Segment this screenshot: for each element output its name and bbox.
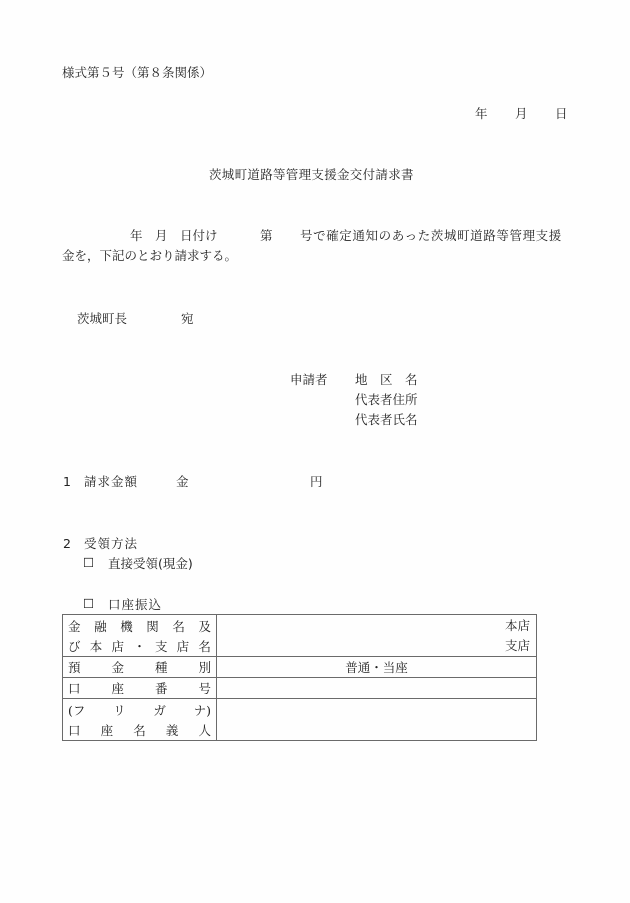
label-char: 及	[198, 617, 211, 635]
label-char: 口	[68, 721, 81, 739]
applicant-label: 申請者	[290, 374, 328, 387]
label-account-holder: (フ リ ガ ナ) 口 座 名 義 人	[63, 699, 217, 741]
label-bank-name: 金 融 機 関 名 及 び 本 店 ・ 支 店 名	[63, 615, 217, 657]
label-char: 別	[198, 658, 211, 676]
label-char: 種	[155, 658, 168, 676]
label-char: ・	[133, 637, 146, 655]
label-char: 人	[198, 721, 211, 739]
label-account-number: 口 座 番 号	[63, 678, 217, 699]
label-char: 支	[155, 637, 168, 655]
account-number-field[interactable]	[217, 678, 537, 699]
checkbox-cash[interactable]: ☐	[83, 557, 94, 570]
checkbox-transfer[interactable]: ☐	[83, 598, 94, 611]
head-office-label: 本店	[217, 616, 536, 636]
date-day: 日	[555, 108, 568, 121]
applicant-district: 地 区 名	[355, 374, 418, 387]
label-char: 口	[68, 679, 81, 697]
label-char: 金	[68, 617, 81, 635]
option-cash-label: 直接受領(現金)	[108, 558, 193, 571]
bank-name-field[interactable]: 本店 支店	[217, 615, 537, 657]
deposit-type-field[interactable]: 普通・当座	[217, 657, 537, 678]
label-char: ガ	[153, 701, 166, 719]
section2-number: 2	[63, 538, 71, 551]
label-char: ナ)	[194, 701, 211, 719]
label-char: リ	[113, 701, 126, 719]
account-holder-field[interactable]	[217, 699, 537, 741]
body-year: 年	[130, 230, 143, 243]
label-char: 名	[198, 637, 211, 655]
bank-account-table: 金 融 機 関 名 及 び 本 店 ・ 支 店 名 本店	[62, 614, 537, 741]
label-char: び	[68, 637, 81, 655]
label-char: 預	[68, 658, 81, 676]
date-year: 年	[475, 108, 488, 121]
body-dai: 第	[260, 230, 273, 243]
label-char: 座	[111, 679, 124, 697]
document-title: 茨城町道路等管理支援金交付請求書	[209, 169, 414, 182]
label-char: 座	[101, 721, 114, 739]
table-row-account-holder: (フ リ ガ ナ) 口 座 名 義 人	[63, 699, 537, 741]
label-char: 店	[111, 637, 124, 655]
label-char: 号	[198, 679, 211, 697]
section1-number: 1	[63, 476, 71, 489]
applicant-name: 代表者氏名	[355, 414, 418, 427]
addressee-name: 茨城町長	[77, 313, 127, 326]
label-char: 店	[177, 637, 190, 655]
label-char: 番	[155, 679, 168, 697]
label-char: 名	[172, 617, 185, 635]
amount-prefix: 金	[176, 476, 189, 489]
body-month: 月	[155, 230, 168, 243]
label-char: 義	[166, 721, 179, 739]
table-row-account-number: 口 座 番 号	[63, 678, 537, 699]
addressee-honorific: 宛	[181, 313, 194, 326]
section2-label: 受領方法	[84, 538, 138, 551]
label-char: (フ	[68, 701, 85, 719]
option-transfer-label: 口座振込	[108, 599, 162, 612]
label-char: 融	[94, 617, 107, 635]
branch-label: 支店	[217, 636, 536, 656]
amount-unit: 円	[310, 476, 323, 489]
label-char: 本	[90, 637, 103, 655]
section1-label: 請求金額	[84, 476, 138, 489]
label-char: 機	[120, 617, 133, 635]
table-row-bank-name: 金 融 機 関 名 及 び 本 店 ・ 支 店 名 本店	[63, 615, 537, 657]
body-rest: 号で確定通知のあった茨城町道路等管理支援	[300, 230, 562, 243]
form-number: 様式第５号（第８条関係）	[62, 67, 212, 80]
table-row-deposit-type: 預 金 種 別 普通・当座	[63, 657, 537, 678]
label-char: 金	[111, 658, 124, 676]
applicant-address: 代表者住所	[355, 394, 418, 407]
body-line2: 金を，下記のとおり請求する。	[62, 250, 237, 263]
label-deposit-type: 預 金 種 別	[63, 657, 217, 678]
label-char: 関	[146, 617, 159, 635]
label-char: 名	[133, 721, 146, 739]
date-month: 月	[515, 108, 528, 121]
body-day: 日付け	[180, 230, 218, 243]
